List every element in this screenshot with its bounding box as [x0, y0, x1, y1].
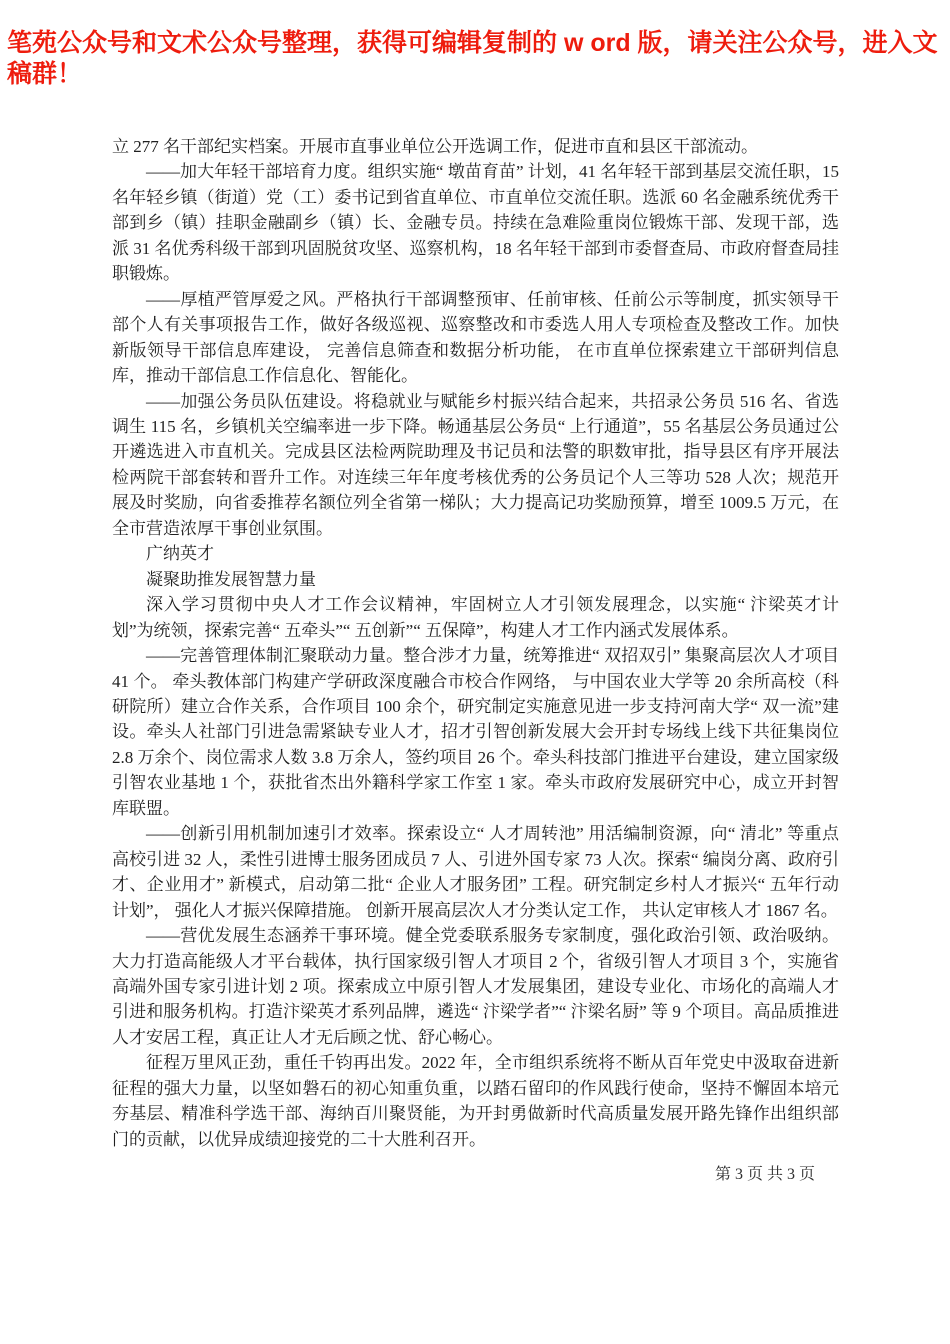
document-text-area: 立 277 名干部纪实档案。开展市直事业单位公开选调工作，促进市直和县区干部流动… — [112, 134, 839, 1152]
paragraph: ——厚植严管厚爱之风。严格执行干部调整预审、任前审核、任前公示等制度，抓实领导干… — [112, 287, 839, 389]
paragraph: 凝聚助推发展智慧力量 — [112, 567, 839, 592]
paragraph: 征程万里风正劲，重任千钧再出发。2022 年，全市组织系统将不断从百年党史中汲取… — [112, 1050, 839, 1152]
paragraph: ——加大年轻干部培育力度。组织实施“ 墩苗育苗” 计划，41 名年轻干部到基层交… — [112, 159, 839, 286]
paragraph: 立 277 名干部纪实档案。开展市直事业单位公开选调工作，促进市直和县区干部流动… — [112, 134, 839, 159]
paragraph: ——完善管理体制汇聚联动力量。整合涉才力量，统筹推进“ 双招双引” 集聚高层次人… — [112, 643, 839, 821]
paragraph: 广纳英才 — [112, 541, 839, 566]
promo-banner-text: 笔苑公众号和文术公众号整理，获得可编辑复制的 w ord 版，请关注公众号，进入… — [7, 28, 947, 90]
paragraph: ——营优发展生态涵养干事环境。健全党委联系服务专家制度，强化政治引领、政治吸纳。… — [112, 923, 839, 1050]
paragraph: ——加强公务员队伍建设。将稳就业与赋能乡村振兴结合起来，共招录公务员 516 名… — [112, 389, 839, 542]
paragraph: ——创新引用机制加速引才效率。探索设立“ 人才周转池” 用活编制资源，向“ 清北… — [112, 821, 839, 923]
paragraph: 深入学习贯彻中央人才工作会议精神，牢固树立人才引领发展理念，以实施“ 汴梁英才计… — [112, 592, 839, 643]
page-number-label: 第 3 页 共 3 页 — [715, 1165, 815, 1185]
